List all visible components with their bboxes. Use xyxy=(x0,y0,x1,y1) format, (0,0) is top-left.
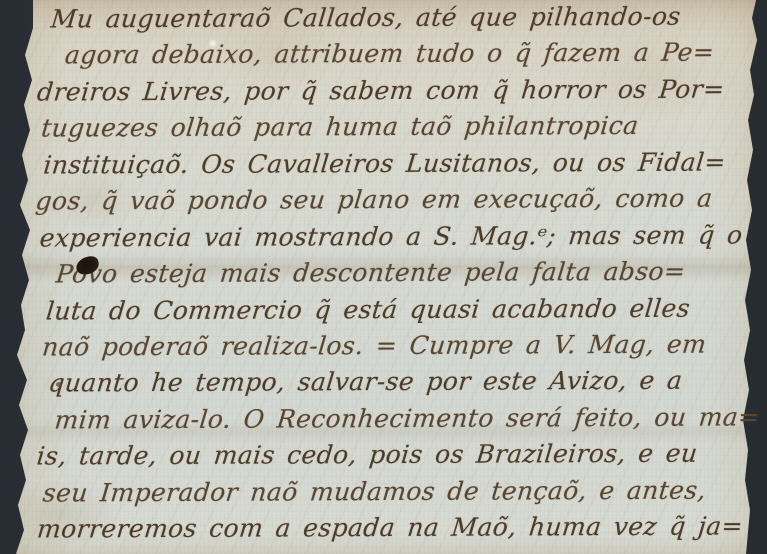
manuscript-line: Povo esteja mais descontente pela falta … xyxy=(54,254,744,293)
manuscript-line: is, tarde, ou mais cedo, pois os Brazile… xyxy=(35,436,745,476)
manuscript-line: tuguezes olhaõ para huma taõ philantropi… xyxy=(40,108,744,148)
manuscript-line: morreremos com a espada na Maõ, huma vez… xyxy=(35,509,745,549)
manuscript-line: mim aviza-lo. O Reconhecimento será feit… xyxy=(53,399,745,438)
manuscript-line: naõ poderaõ realiza-los. = Cumpre a V. M… xyxy=(40,326,744,366)
manuscript-line: seu Imperador naõ mudamos de tençaõ, e a… xyxy=(41,472,745,512)
manuscript-scan: Mu auguentaraõ Callados, até que pilhand… xyxy=(0,0,767,554)
manuscript-line: quanto he tempo, salvar-se por este Aviz… xyxy=(47,363,745,402)
ink-speck xyxy=(56,382,62,387)
manuscript-line: agora debaixo, attribuem tudo o q̃ fazem… xyxy=(63,35,743,74)
manuscript-line: Mu auguentaraõ Callados, até que pilhand… xyxy=(49,0,743,38)
manuscript-line: experiencia vai mostrando a S. Mag.ᵉ; ma… xyxy=(38,217,744,257)
manuscript-line: luta do Commercio q̃ está quasi acabando… xyxy=(44,290,744,329)
manuscript-line: gos, q̃ vaõ pondo seu plano em execuçaõ,… xyxy=(34,181,744,221)
manuscript-line: dreiros Livres, por q̃ sabem com q̃ horr… xyxy=(35,71,743,111)
manuscript-text: Mu auguentaraõ Callados, até que pilhand… xyxy=(35,0,743,548)
manuscript-line: instituiçaõ. Os Cavalleiros Lusitanos, o… xyxy=(42,144,744,183)
